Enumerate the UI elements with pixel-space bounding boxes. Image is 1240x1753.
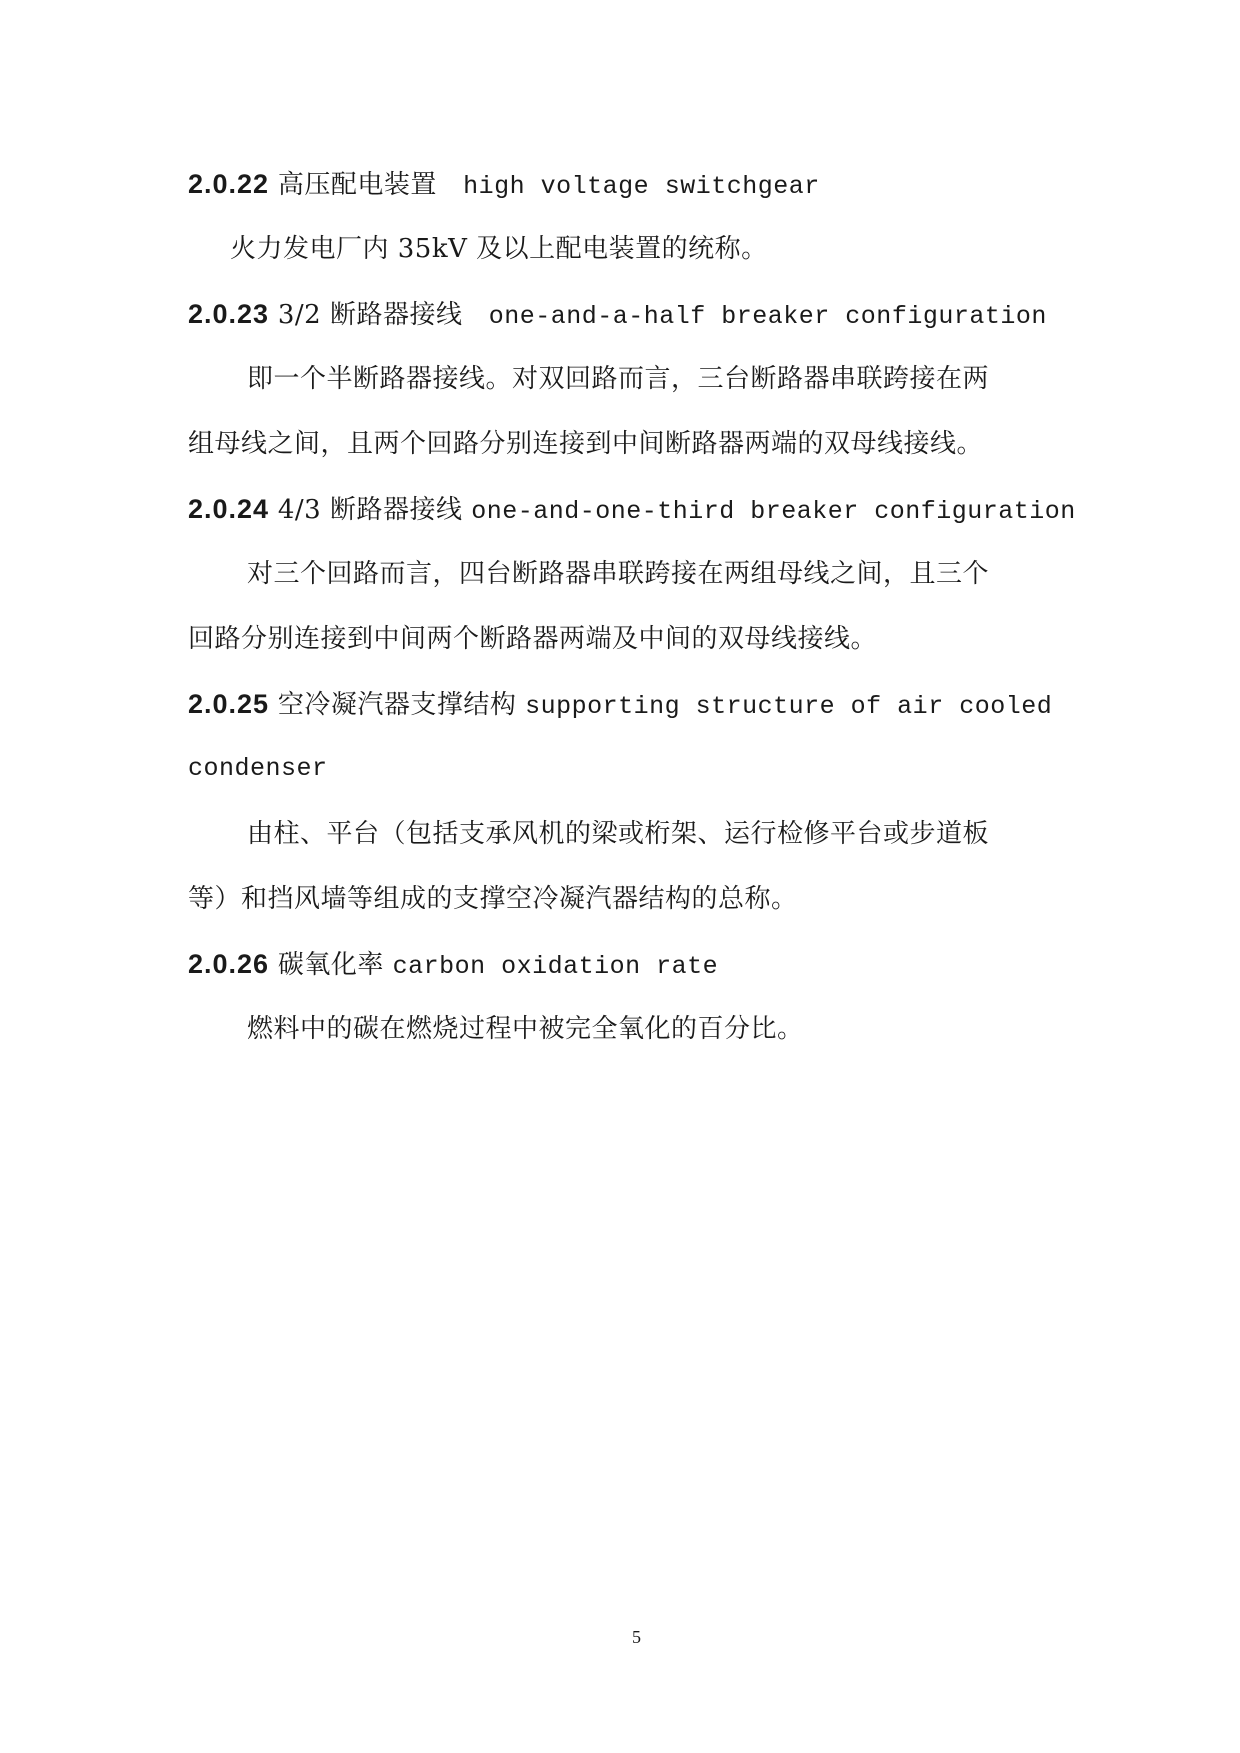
term-chinese: 4/3 断路器接线 bbox=[278, 495, 463, 525]
definition-line: 燃料中的碳在燃烧过程中被完全氧化的百分比。 bbox=[247, 1012, 804, 1046]
term-english: carbon oxidation rate bbox=[393, 952, 719, 981]
definition-line: 对三个回路而言，四台断路器串联跨接在两组母线之间，且三个 bbox=[247, 557, 989, 591]
clause-number: 2.0.23 bbox=[188, 299, 269, 329]
document-page: 2.0.22 高压配电装置 high voltage switchgear 火力… bbox=[0, 0, 1240, 1753]
page-number: 5 bbox=[632, 1627, 641, 1648]
term-english: high voltage switchgear bbox=[463, 172, 820, 201]
definition-line: 火力发电厂内 35kV 及以上配电装置的统称。 bbox=[230, 232, 768, 266]
term-heading-2-0-26: 2.0.26 碳氧化率 carbon oxidation rate bbox=[188, 947, 718, 984]
clause-number: 2.0.26 bbox=[188, 949, 269, 979]
definition-line: 由柱、平台（包括支承风机的梁或桁架、运行检修平台或步道板 bbox=[247, 817, 989, 851]
definition-line: 组母线之间，且两个回路分别连接到中间断路器两端的双母线接线。 bbox=[188, 427, 983, 461]
clause-number: 2.0.25 bbox=[188, 689, 269, 719]
term-english: supporting structure of air cooled bbox=[525, 692, 1052, 721]
term-chinese: 高压配电装置 bbox=[278, 170, 437, 200]
definition-line: 回路分别连接到中间两个断路器两端及中间的双母线接线。 bbox=[188, 622, 877, 656]
term-english: one-and-a-half breaker configuration bbox=[489, 302, 1047, 331]
term-chinese: 空冷凝汽器支撑结构 bbox=[278, 690, 517, 720]
clause-number: 2.0.24 bbox=[188, 494, 269, 524]
definition-line: 等）和挡风墙等组成的支撑空冷凝汽器结构的总称。 bbox=[188, 882, 798, 916]
term-heading-2-0-25: 2.0.25 空冷凝汽器支撑结构 supporting structure of… bbox=[188, 687, 1052, 724]
term-chinese: 3/2 断路器接线 bbox=[278, 300, 463, 330]
definition-line: 即一个半断路器接线。对双回路而言，三台断路器串联跨接在两 bbox=[247, 362, 989, 396]
term-heading-2-0-22: 2.0.22 高压配电装置 high voltage switchgear bbox=[188, 167, 820, 204]
term-heading-2-0-23: 2.0.23 3/2 断路器接线 one-and-a-half breaker … bbox=[188, 297, 1047, 334]
term-heading-2-0-24: 2.0.24 4/3 断路器接线 one-and-one-third break… bbox=[188, 492, 1076, 529]
term-english-continuation: condenser bbox=[188, 752, 328, 786]
term-english: one-and-one-third breaker configuration bbox=[471, 497, 1076, 526]
clause-number: 2.0.22 bbox=[188, 169, 269, 199]
term-chinese: 碳氧化率 bbox=[278, 950, 384, 980]
